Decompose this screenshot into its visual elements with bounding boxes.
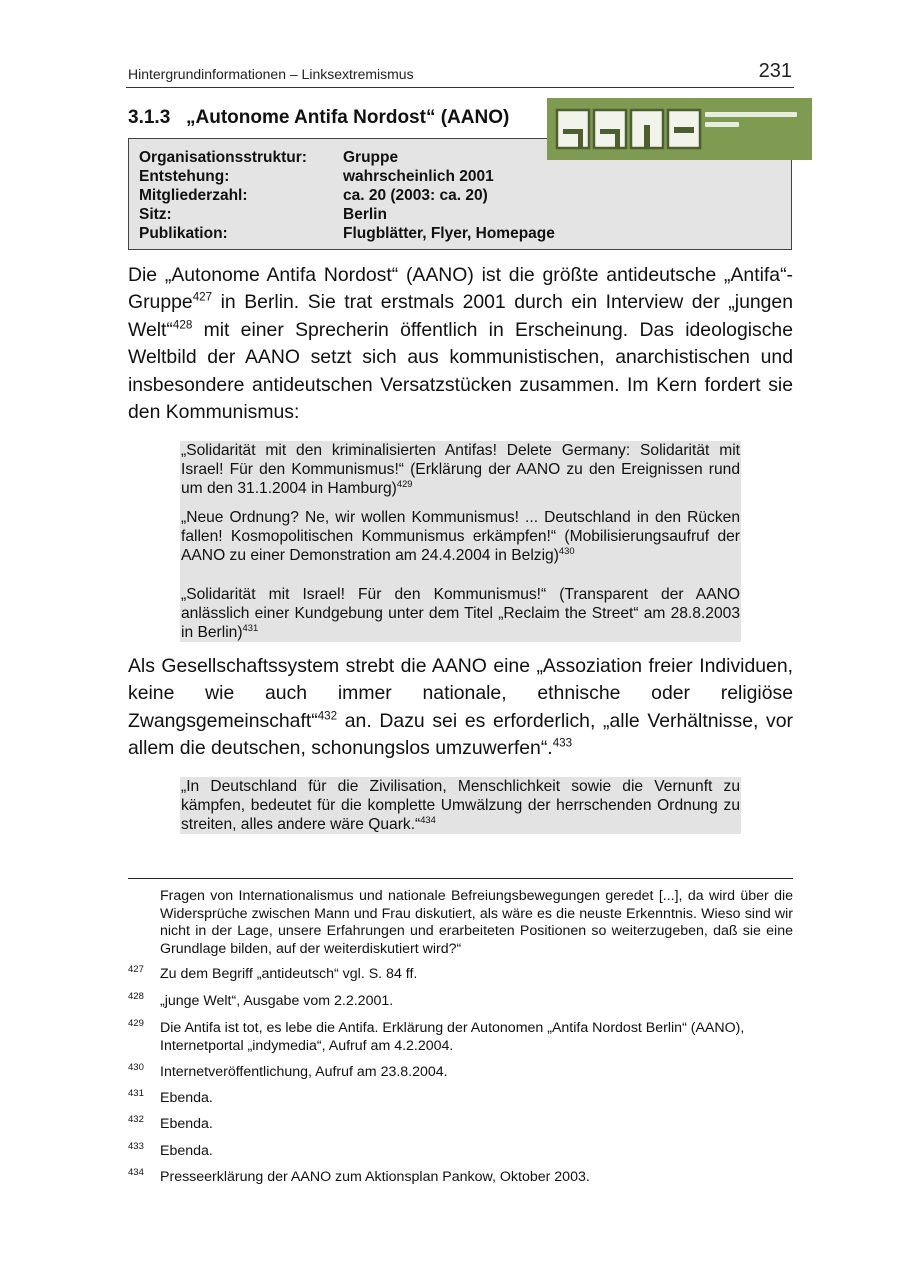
footnote-ref[interactable]: 432 (318, 709, 337, 722)
footnote: 430Internetveröffentlichung, Aufruf am 2… (128, 1064, 793, 1082)
footnote-ref[interactable]: 434 (420, 815, 436, 825)
paragraph-text: mit einer Sprecherin öffentlich in Ersch… (128, 319, 793, 423)
profile-label: Entstehung: (139, 167, 343, 186)
quote-text: „Solidarität mit Israel! Für den Kommuni… (181, 586, 740, 641)
footnote-number: 427 (128, 961, 144, 979)
aano-logo-icon (547, 98, 812, 160)
profile-value: ca. 20 (2003: ca. 20) (343, 187, 488, 204)
footnote-ref[interactable]: 427 (193, 291, 212, 304)
footnote: 429Die Antifa ist tot, es lebe die Antif… (128, 1020, 793, 1055)
profile-value: Gruppe (343, 149, 398, 166)
quote: „Solidarität mit den kriminalisierten An… (180, 441, 741, 498)
footnote-ref[interactable]: 433 (553, 737, 572, 750)
footnote-text: Ebenda. (160, 1090, 793, 1108)
footnote: 432Ebenda. (128, 1116, 793, 1134)
section-title: „Autonome Antifa Nordost“ (AANO) (186, 107, 509, 128)
footnote-ref[interactable]: 431 (243, 623, 259, 633)
profile-label: Mitgliederzahl: (139, 186, 343, 205)
footnote-number: 429 (128, 1015, 144, 1033)
footnote-number: 434 (128, 1164, 144, 1182)
body-paragraph: Als Gesellschaftssystem strebt die AANO … (128, 653, 793, 763)
profile-row: Entstehung:wahrscheinlich 2001 (139, 167, 494, 186)
footnote-text: Presseerklärung der AANO zum Aktionsplan… (160, 1169, 793, 1187)
footnote-ref[interactable]: 430 (559, 546, 575, 556)
footnote-text: „junge Welt“, Ausgabe vom 2.2.2001. (160, 993, 793, 1011)
footnote-text: Ebenda. (160, 1116, 793, 1134)
running-header-title: Hintergrundinformationen – Linksextremis… (128, 66, 414, 82)
profile-row: Sitz:Berlin (139, 205, 387, 224)
quote-text: „Neue Ordnung? Ne, wir wollen Kommunismu… (181, 509, 740, 564)
footnote-number: 430 (128, 1059, 144, 1077)
profile-label: Sitz: (139, 205, 343, 224)
quote-block: „Solidarität mit den kriminalisierten An… (180, 441, 741, 642)
header-rule (126, 87, 794, 88)
quote-text: „Solidarität mit den kriminalisierten An… (181, 442, 740, 497)
footnote-text: Zu dem Begriff „antideutsch“ vgl. S. 84 … (160, 966, 793, 984)
section-heading: 3.1.3„Autonome Antifa Nordost“ (AANO) (128, 107, 509, 129)
footnote-text: Die Antifa ist tot, es lebe die Antifa. … (160, 1020, 793, 1055)
footnote-text: Ebenda. (160, 1143, 793, 1161)
footnote-number: 431 (128, 1085, 144, 1103)
footnote: 433Ebenda. (128, 1143, 793, 1161)
profile-row: Mitgliederzahl:ca. 20 (2003: ca. 20) (139, 186, 488, 205)
footnote-number: 428 (128, 988, 144, 1006)
quote: „In Deutschland für die Zivilisation, Me… (180, 777, 741, 834)
footnote-number: 432 (128, 1111, 144, 1129)
footnote-number: 433 (128, 1138, 144, 1156)
profile-value: Flugblätter, Flyer, Homepage (343, 225, 555, 242)
footnote: 428„junge Welt“, Ausgabe vom 2.2.2001. (128, 993, 793, 1011)
section-number: 3.1.3 (128, 107, 186, 129)
quote: „Neue Ordnung? Ne, wir wollen Kommunismu… (180, 508, 741, 565)
footnote-separator (128, 878, 793, 879)
profile-row: Publikation:Flugblätter, Flyer, Homepage (139, 224, 555, 243)
page-number: 231 (758, 60, 792, 83)
footnote: 427Zu dem Begriff „antideutsch“ vgl. S. … (128, 966, 793, 984)
quote: „Solidarität mit Israel! Für den Kommuni… (180, 585, 741, 642)
footnote-ref[interactable]: 429 (397, 479, 413, 489)
quote-block: „In Deutschland für die Zivilisation, Me… (180, 777, 741, 834)
profile-label: Organisationsstruktur: (139, 148, 343, 167)
footnote-continuation: Fragen von Internationalismus und nation… (160, 888, 793, 958)
profile-label: Publikation: (139, 224, 343, 243)
footnote: 431Ebenda. (128, 1090, 793, 1108)
profile-value: Berlin (343, 206, 387, 223)
quote-text: „In Deutschland für die Zivilisation, Me… (181, 778, 740, 833)
footnote-ref[interactable]: 428 (173, 318, 192, 331)
profile-value: wahrscheinlich 2001 (343, 168, 494, 185)
footnote: 434Presseerklärung der AANO zum Aktionsp… (128, 1169, 793, 1187)
footnote-text: Internetveröffentlichung, Aufruf am 23.8… (160, 1064, 793, 1082)
body-paragraph: Die „Autonome Antifa Nordost“ (AANO) ist… (128, 262, 793, 426)
profile-row: Organisationsstruktur:Gruppe (139, 148, 398, 167)
